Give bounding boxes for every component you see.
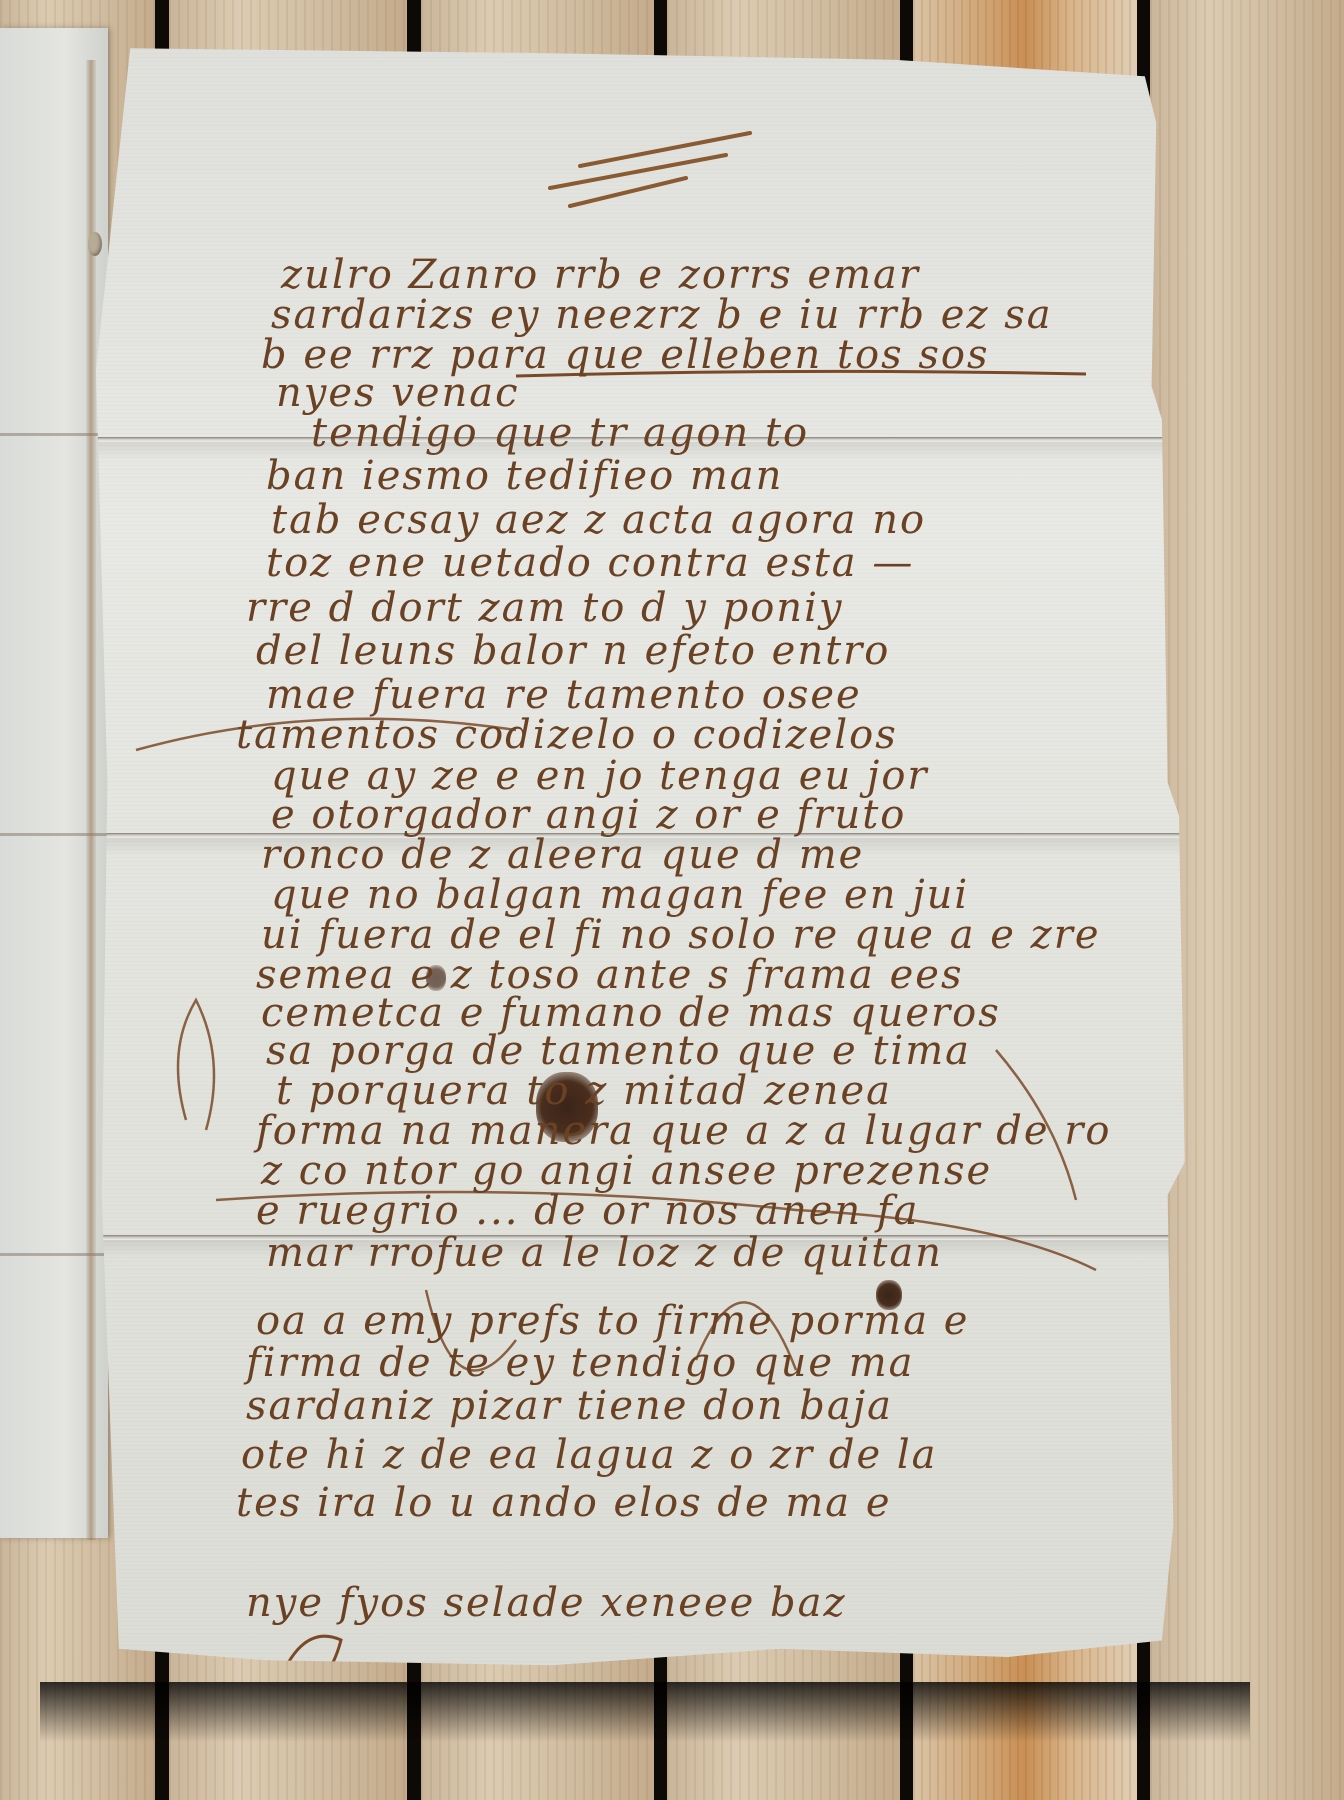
manuscript-line: mar rrofue a le loz z de quitan [266, 1230, 943, 1276]
binding-stitch [88, 232, 102, 256]
manuscript-line: nye fyos selade xeneee baz [246, 1580, 847, 1626]
manuscript-line: tendigo que tr agon to [311, 410, 809, 456]
binding-spine [86, 60, 96, 1540]
manuscript-line: tes ira lo u ando elos de ma e [236, 1480, 892, 1526]
page-shadow [40, 1682, 1250, 1742]
top-tally-marks [550, 133, 750, 206]
manuscript-line: rre d dort zam to d y poniy [246, 585, 843, 631]
manuscript-line: tamentos codizelo o codizelos [236, 712, 898, 758]
manuscript-line: ote hi z de ea lagua z o zr de la [241, 1432, 938, 1478]
manuscript-line: firma de te ey tendigo que ma [246, 1340, 915, 1386]
manuscript-line: oa a emy prefs to firme porma e [256, 1298, 969, 1344]
manuscript-line: toz ene uetado contra esta — [266, 540, 914, 586]
manuscript-line: sardaniz pizar tiene don baja [246, 1383, 893, 1429]
manuscript-line: tab ecsay aez z acta agora no [271, 497, 926, 543]
manuscript-line: ban iesmo tedifieo man [266, 453, 783, 499]
manuscript-line: e ruegrio ... de or nos anen fa [256, 1188, 920, 1234]
manuscript-line: del leuns balor n efeto entro [256, 628, 890, 674]
manuscript-page: zulro Zanro rrb e zorrs emar sardarizs e… [96, 40, 1236, 1690]
